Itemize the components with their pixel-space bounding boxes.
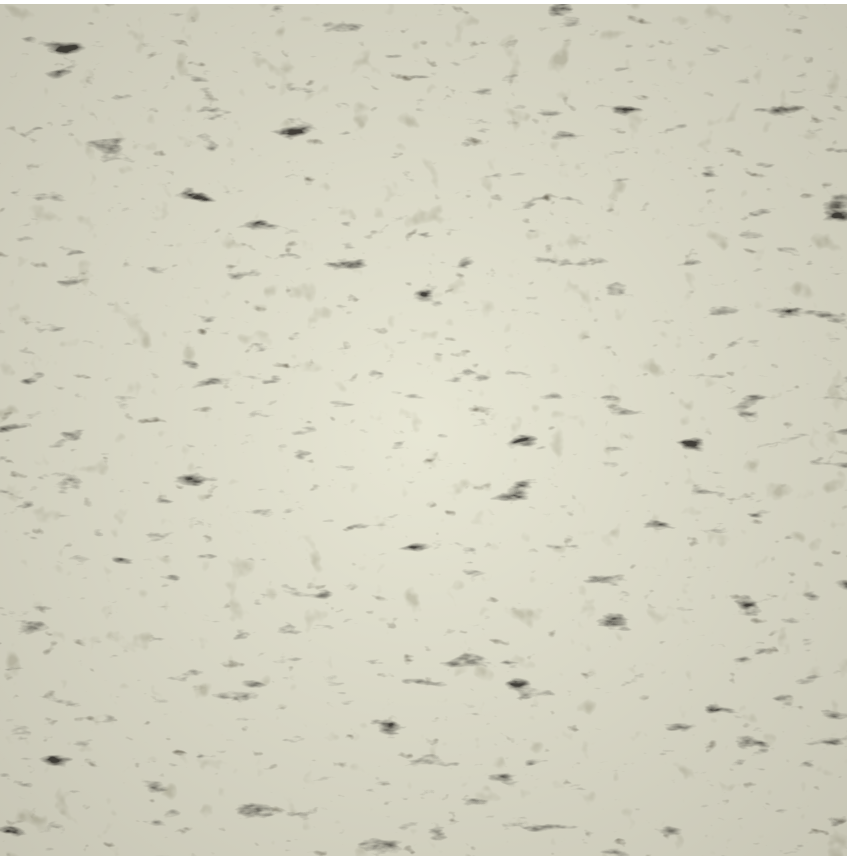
granite-texture xyxy=(0,4,847,856)
granite-texture-svg xyxy=(0,4,847,856)
image-frame xyxy=(0,0,850,861)
